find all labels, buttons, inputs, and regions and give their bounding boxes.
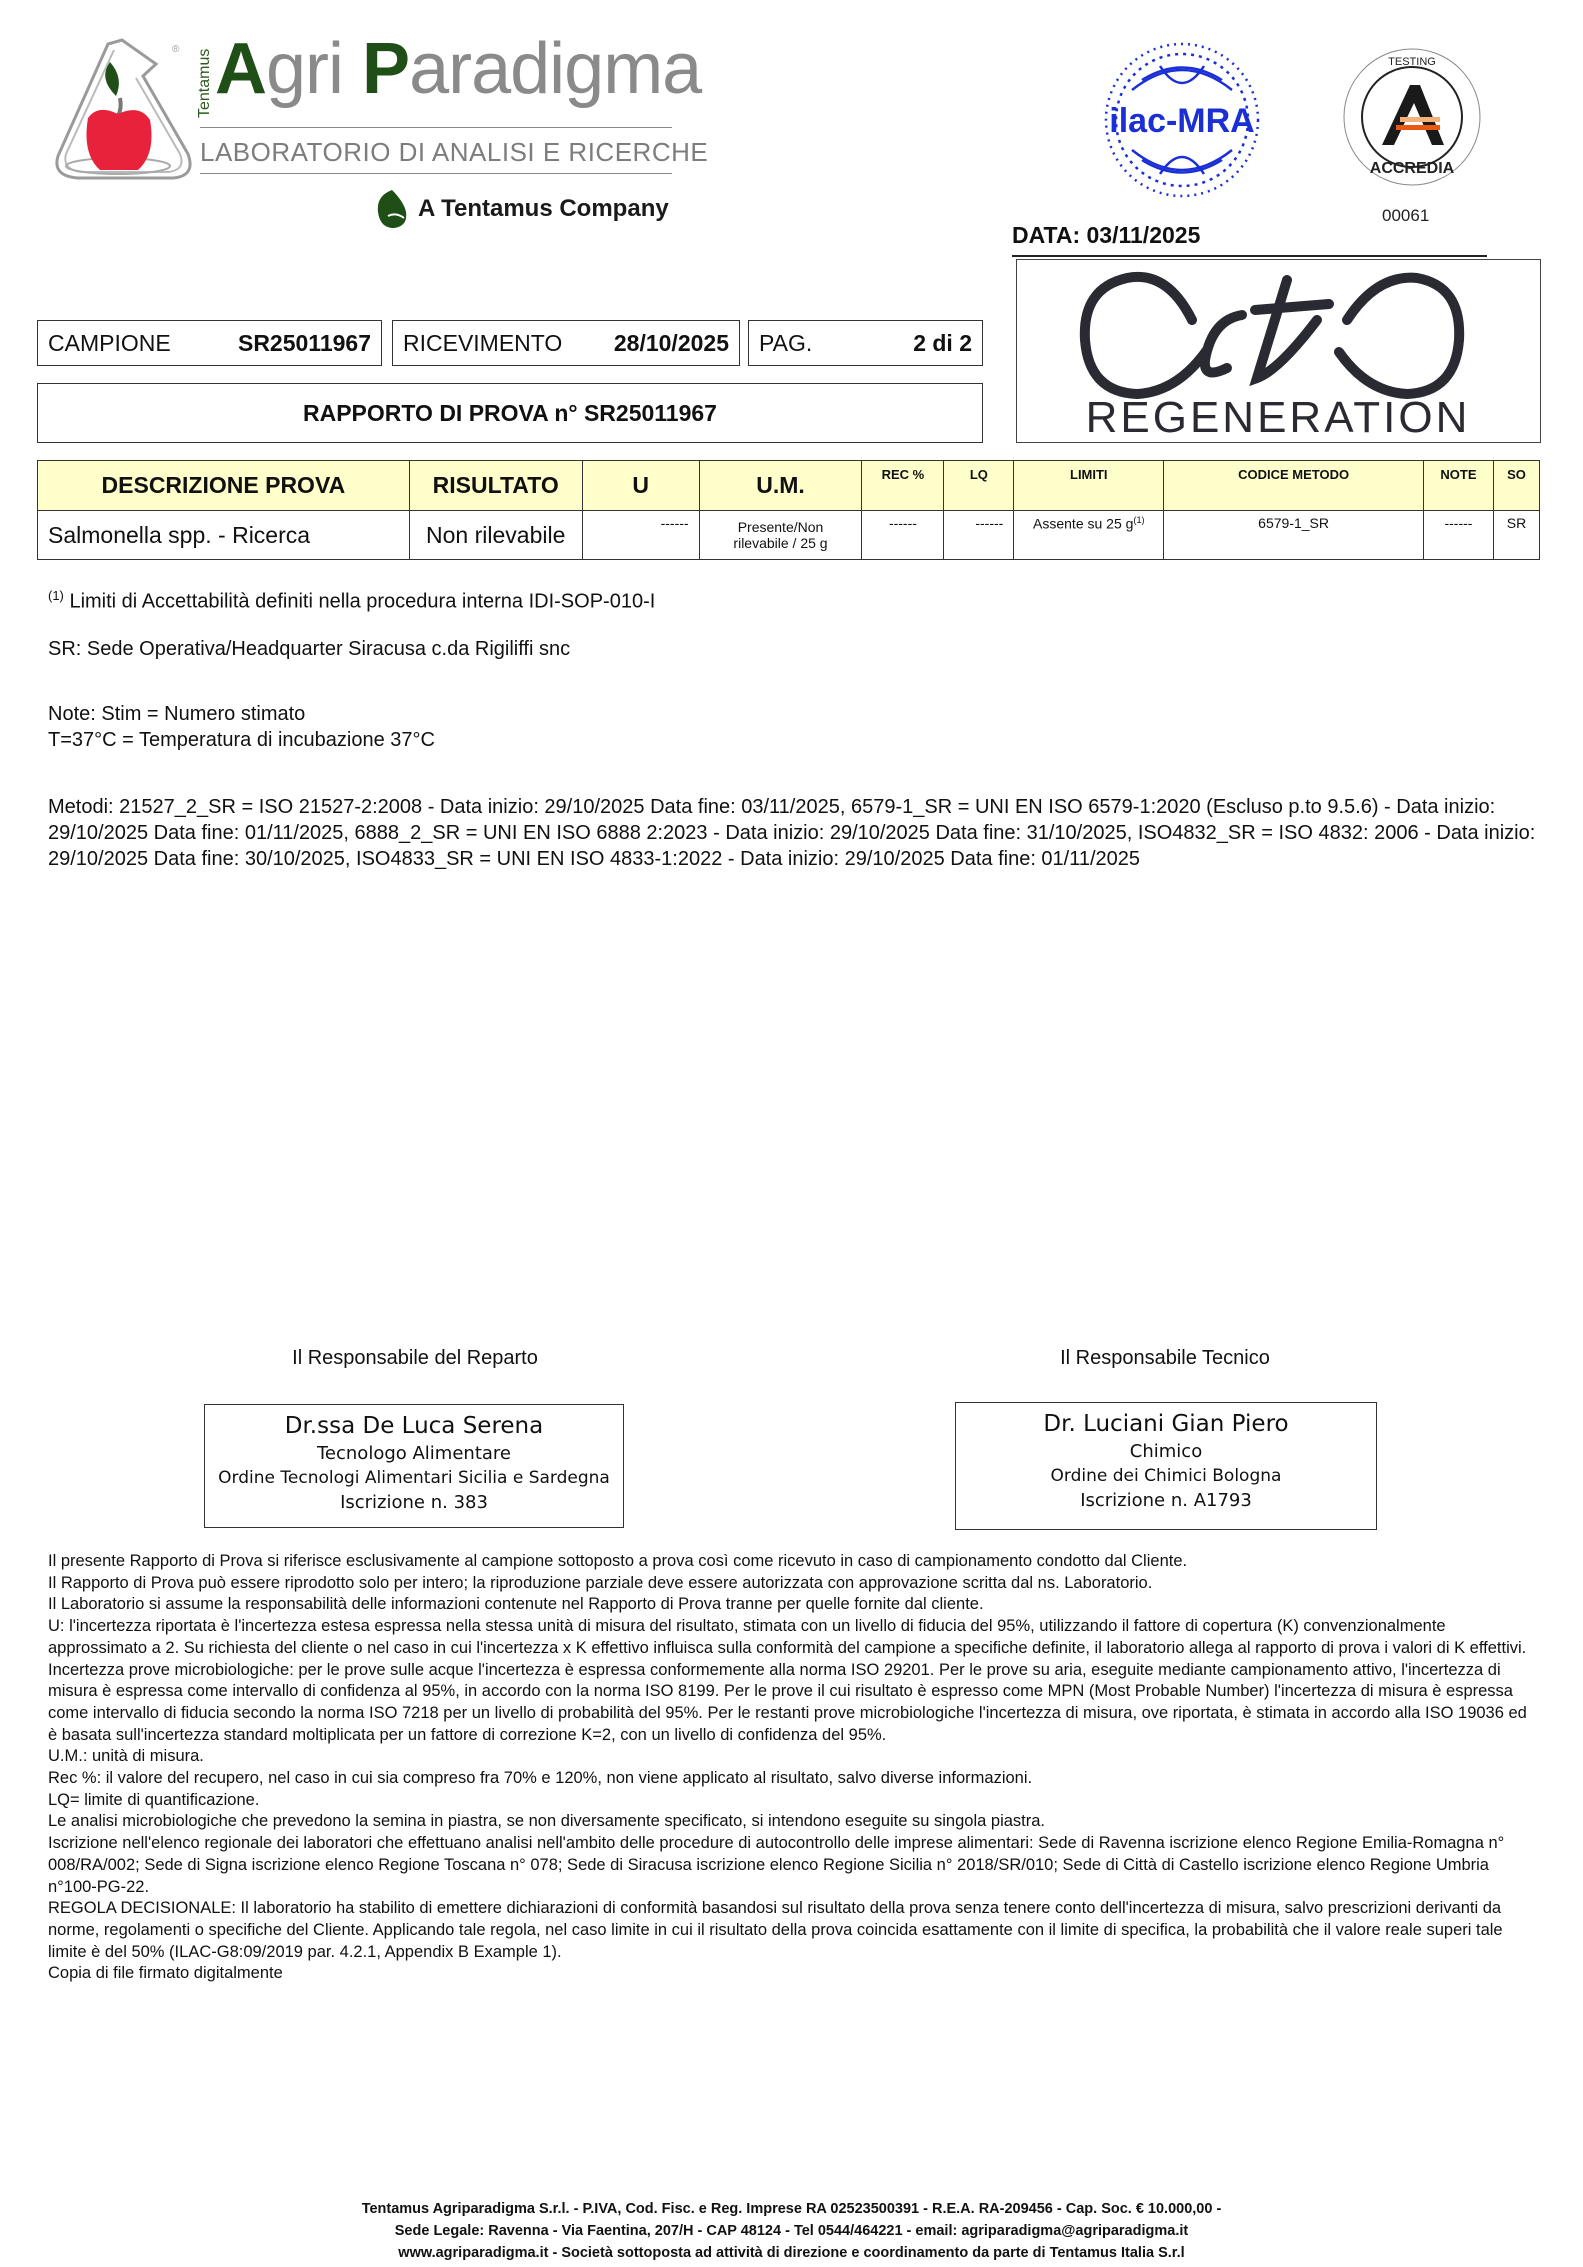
brand-divider	[200, 173, 672, 174]
ilac-mra-logo: ilac-MRA	[1102, 40, 1262, 200]
page-value: 2 di 2	[913, 330, 972, 357]
col-note: NOTE	[1423, 461, 1493, 511]
report-title: RAPPORTO DI PROVA n° SR25011967	[37, 383, 983, 443]
page-box: PAG. 2 di 2	[748, 320, 983, 366]
cell-u: ------	[582, 511, 699, 560]
signer-order: Ordine dei Chimici Bologna	[956, 1466, 1376, 1486]
legal-paragraph: LQ= limite di quantificazione.	[48, 1790, 1538, 1812]
signer-name: Dr.ssa De Luca Serena	[205, 1413, 623, 1439]
methods-text: Metodi: 21527_2_SR = ISO 21527-2:2008 - …	[48, 794, 1538, 872]
accredia-logo: TESTING ACCREDIA	[1342, 45, 1482, 190]
svg-text:REGENERATION: REGENERATION	[1086, 393, 1471, 441]
svg-text:ACCREDIA: ACCREDIA	[1370, 160, 1455, 177]
company-footer: Tentamus Agriparadigma S.r.l. - P.IVA, C…	[200, 2198, 1383, 2264]
cell-codice-metodo: 6579-1_SR	[1164, 511, 1424, 560]
table-row: Salmonella spp. - Ricerca Non rilevabile…	[38, 511, 1540, 560]
date-divider	[1012, 255, 1487, 257]
received-label: RICEVIMENTO	[403, 330, 562, 357]
sample-label: CAMPIONE	[48, 330, 171, 357]
cell-risultato: Non rilevabile	[409, 511, 582, 560]
cell-limiti: Assente su 25 g(1)	[1014, 511, 1164, 560]
report-date: DATA: 03/11/2025	[1012, 222, 1200, 249]
col-limiti: LIMITI	[1014, 461, 1164, 511]
col-risultato: RISULTATO	[409, 461, 582, 511]
col-descrizione: DESCRIZIONE PROVA	[38, 461, 410, 511]
signature-box-reparto: Dr.ssa De Luca Serena Tecnologo Alimenta…	[204, 1404, 624, 1528]
page-label: PAG.	[759, 330, 812, 357]
note-temperature: T=37°C = Temperatura di incubazione 37°C	[48, 727, 435, 753]
sample-box: CAMPIONE SR25011967	[37, 320, 382, 366]
signer-title: Tecnologo Alimentare	[205, 1443, 623, 1464]
legal-paragraph: Incertezza prove microbiologiche: per le…	[48, 1660, 1538, 1747]
col-um: U.M.	[699, 461, 862, 511]
legal-paragraph: U.M.: unità di misura.	[48, 1746, 1538, 1768]
note-stim: Note: Stim = Numero stimato	[48, 701, 305, 727]
legal-paragraph: Il presente Rapporto di Prova si riferis…	[48, 1551, 1538, 1573]
legal-disclaimer: Il presente Rapporto di Prova si riferis…	[48, 1551, 1538, 1985]
received-value: 28/10/2025	[614, 330, 729, 357]
col-u: U	[582, 461, 699, 511]
legal-paragraph: Il Rapporto di Prova può essere riprodot…	[48, 1573, 1538, 1595]
signer-order: Ordine Tecnologi Alimentari Sicilia e Sa…	[205, 1468, 623, 1488]
footnote: (1) Limiti di Accettabilità definiti nel…	[48, 583, 655, 615]
brand-subtitle: LABORATORIO DI ANALISI E RICERCHE	[200, 137, 708, 168]
tentamus-leaf-icon	[374, 188, 410, 230]
signer-registration: Iscrizione n. 383	[205, 1492, 623, 1513]
cell-so: SR	[1493, 511, 1539, 560]
brand-small-label: Tentamus	[196, 49, 214, 118]
octo-regeneration-logo: REGENERATION	[1017, 260, 1539, 441]
signer-name: Dr. Luciani Gian Piero	[956, 1411, 1376, 1437]
accredia-number: 00061	[1382, 206, 1429, 226]
legal-paragraph: U: l'incertezza riportata è l'incertezza…	[48, 1616, 1538, 1659]
tentamus-label: A Tentamus Company	[418, 195, 669, 223]
client-logo-box: REGENERATION	[1016, 259, 1541, 443]
svg-text:ilac-MRA: ilac-MRA	[1109, 102, 1254, 140]
col-rec: REC %	[862, 461, 944, 511]
sede-note: SR: Sede Operativa/Headquarter Siracusa …	[48, 636, 570, 662]
legal-paragraph: Il Laboratorio si assume la responsabili…	[48, 1594, 1538, 1616]
cell-lq: ------	[944, 511, 1014, 560]
legal-paragraph: REGOLA DECISIONALE: Il laboratorio ha st…	[48, 1898, 1538, 1963]
signer-registration: Iscrizione n. A1793	[956, 1490, 1376, 1511]
col-codice-metodo: CODICE METODO	[1164, 461, 1424, 511]
signature-role-reparto: Il Responsabile del Reparto	[205, 1347, 625, 1370]
cell-rec: ------	[862, 511, 944, 560]
signer-title: Chimico	[956, 1441, 1376, 1462]
sample-value: SR25011967	[238, 330, 371, 357]
col-lq: LQ	[944, 461, 1014, 511]
received-box: RICEVIMENTO 28/10/2025	[392, 320, 740, 366]
signature-box-tecnico: Dr. Luciani Gian Piero Chimico Ordine de…	[955, 1402, 1377, 1530]
cell-descrizione: Salmonella spp. - Ricerca	[38, 511, 410, 560]
legal-paragraph: Le analisi microbiologiche che prevedono…	[48, 1811, 1538, 1833]
table-header-row: DESCRIZIONE PROVA RISULTATO U U.M. REC %…	[38, 461, 1540, 511]
svg-text:TESTING: TESTING	[1388, 56, 1436, 68]
brand-divider	[200, 127, 672, 128]
legal-paragraph: Rec %: il valore del recupero, nel caso …	[48, 1768, 1538, 1790]
brand-name: Agri Paradigma	[215, 24, 701, 114]
legal-paragraph: Copia di file firmato digitalmente	[48, 1963, 1538, 1985]
tentamus-badge: A Tentamus Company	[374, 188, 669, 230]
cell-um: Presente/Non rilevabile / 25 g	[699, 511, 862, 560]
legal-paragraph: Iscrizione nell'elenco regionale dei lab…	[48, 1833, 1538, 1898]
results-table: DESCRIZIONE PROVA RISULTATO U U.M. REC %…	[37, 460, 1540, 560]
agriparadigma-flask-apple-logo: ®	[38, 36, 198, 186]
svg-text:®: ®	[172, 44, 180, 55]
signature-role-tecnico: Il Responsabile Tecnico	[955, 1347, 1375, 1370]
cell-note: ------	[1423, 511, 1493, 560]
col-so: SO	[1493, 461, 1539, 511]
